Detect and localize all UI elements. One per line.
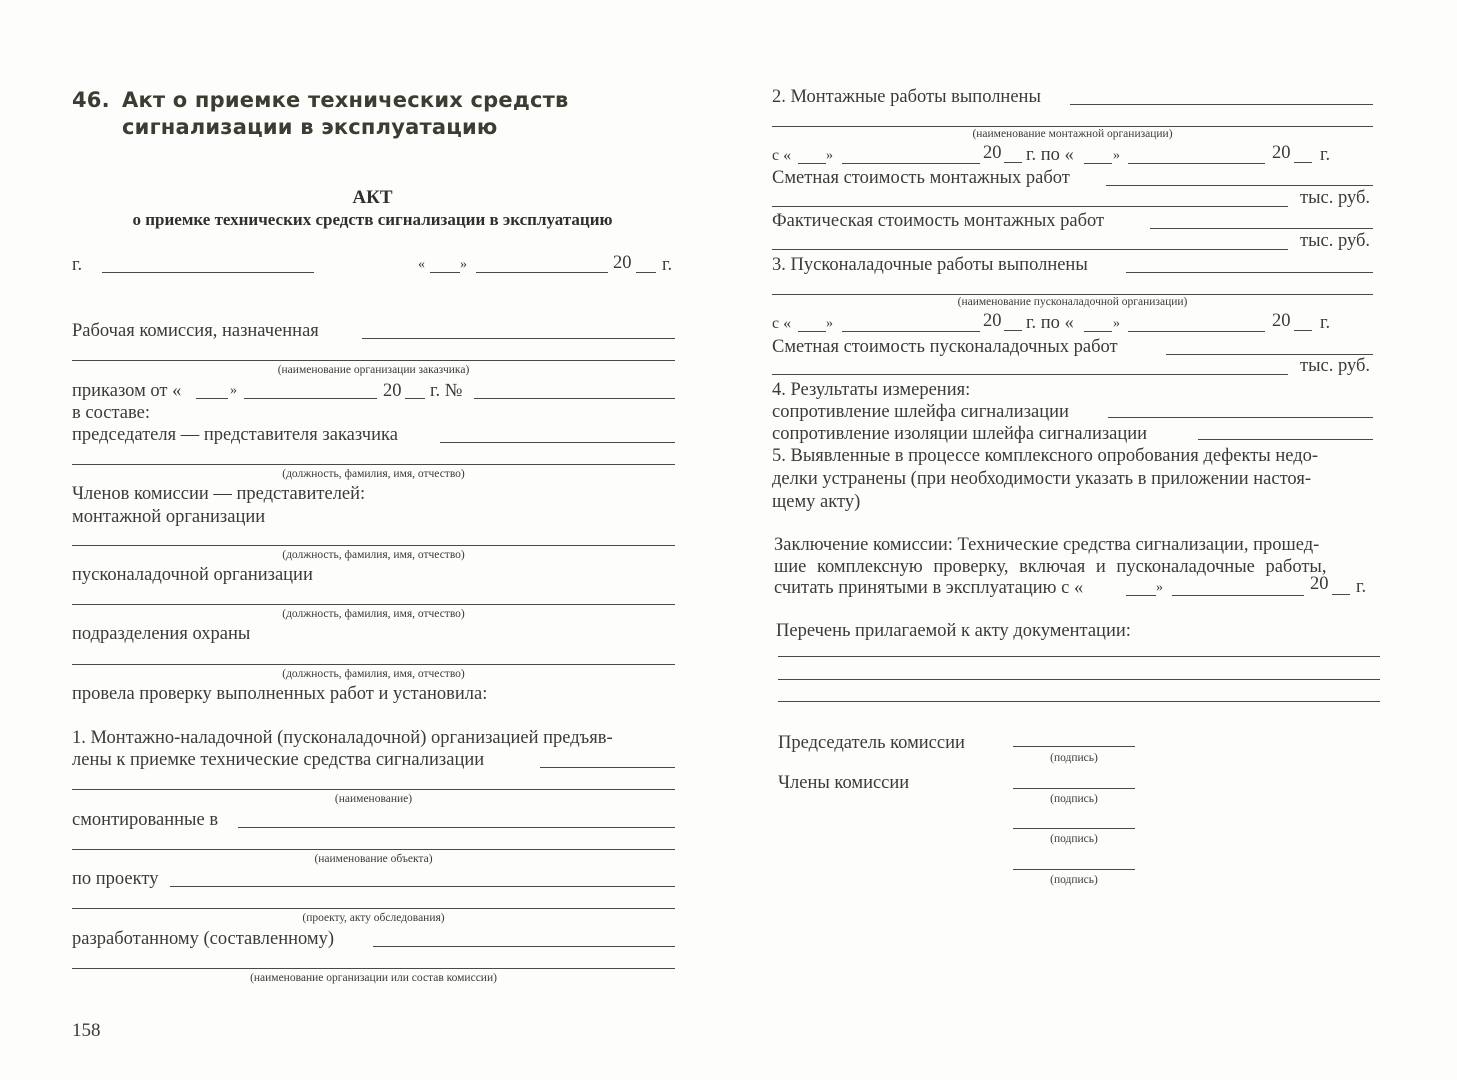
commissioning-org-rep-field[interactable] [72, 604, 675, 605]
section-number: 46. [72, 87, 122, 114]
alarm-equipment-field-2[interactable] [72, 789, 675, 790]
mounting-org-field[interactable] [1070, 104, 1373, 105]
chairman-label: председателя — представителя заказчика [72, 424, 398, 446]
commissioning-from-day[interactable] [798, 331, 826, 332]
acceptance-year-field[interactable] [1332, 594, 1350, 595]
developer-field-2[interactable] [72, 968, 675, 969]
member-signature-field-1[interactable] [1013, 788, 1135, 789]
acceptance-month-field[interactable] [1172, 595, 1304, 596]
estimated-mounting-cost-field-2[interactable] [772, 206, 1288, 207]
commissioning-org-field-2[interactable] [772, 294, 1373, 295]
members-sign-label: Члены комиссии [778, 772, 909, 794]
attached-docs-line-1[interactable] [778, 656, 1380, 657]
city-label: г. [72, 254, 82, 276]
right-page: 2. Монтажные работы выполнены (наименова… [728, 0, 1457, 1080]
project-field[interactable] [170, 886, 675, 887]
acceptance-day-field[interactable] [1126, 595, 1156, 596]
object-field-2[interactable] [72, 849, 675, 850]
day-field[interactable] [430, 272, 460, 273]
mounting-from-month[interactable] [842, 163, 980, 164]
member-signature-field-2[interactable] [1013, 828, 1135, 829]
mounting-to-day[interactable] [1084, 163, 1112, 164]
actual-mounting-cost-field[interactable] [1150, 228, 1373, 229]
order-day-field[interactable] [196, 398, 228, 399]
mounting-org-rep-field[interactable] [72, 545, 675, 546]
month-field[interactable] [476, 272, 608, 273]
chairman-field-2[interactable] [72, 464, 675, 465]
mounting-to-month[interactable] [1128, 163, 1265, 164]
actual-mounting-cost-field-2[interactable] [772, 249, 1288, 250]
commissioning-from-year[interactable] [1004, 330, 1022, 331]
estimated-mounting-cost-field[interactable] [1106, 185, 1373, 186]
developer-field[interactable] [373, 946, 675, 947]
alarm-equipment-field[interactable] [540, 767, 675, 768]
object-field[interactable] [238, 827, 675, 828]
commissioning-from-month[interactable] [842, 331, 980, 332]
estimated-commissioning-cost-field-2[interactable] [772, 374, 1288, 375]
loop-resistance-field[interactable] [1108, 417, 1373, 418]
loop-insulation-field[interactable] [1198, 439, 1373, 440]
order-year-field[interactable] [405, 398, 425, 399]
order-month-field[interactable] [244, 398, 377, 399]
commissioning-to-day[interactable] [1084, 331, 1112, 332]
commissioning-to-year[interactable] [1294, 330, 1312, 331]
order-number-field[interactable] [474, 398, 675, 399]
chairman-field[interactable] [440, 442, 675, 443]
mounting-from-day[interactable] [798, 163, 826, 164]
commission-field[interactable] [362, 338, 675, 339]
mounting-from-year[interactable] [1004, 162, 1022, 163]
left-page: 46.Акт о приемке технических средств сиг… [0, 0, 728, 1080]
city-field[interactable] [102, 272, 314, 273]
page-number: 158 [72, 1020, 101, 1042]
akt-title: АКТ [0, 187, 745, 209]
section-title: 46.Акт о приемке технических средств сиг… [72, 87, 569, 141]
mounting-to-year[interactable] [1294, 162, 1312, 163]
attached-docs-line-2[interactable] [778, 679, 1380, 680]
member-signature-field-3[interactable] [1013, 869, 1135, 870]
chairman-signature-field[interactable] [1013, 746, 1135, 747]
project-field-2[interactable] [72, 908, 675, 909]
security-unit-rep-field[interactable] [72, 664, 675, 665]
attached-docs-line-3[interactable] [778, 701, 1380, 702]
commissioning-to-month[interactable] [1128, 331, 1265, 332]
chairman-sign-label: Председатель комиссии [778, 732, 965, 754]
order-label: приказом от « [72, 380, 181, 402]
mounting-org-field-2[interactable] [772, 126, 1373, 127]
year-field[interactable] [636, 272, 656, 273]
commissioning-org-field[interactable] [1126, 272, 1373, 273]
commission-field-2[interactable] [72, 360, 675, 361]
akt-subtitle: о приемке технических средств сигнализац… [0, 210, 745, 230]
commission-label: Рабочая комиссия, назначенная [72, 320, 319, 342]
